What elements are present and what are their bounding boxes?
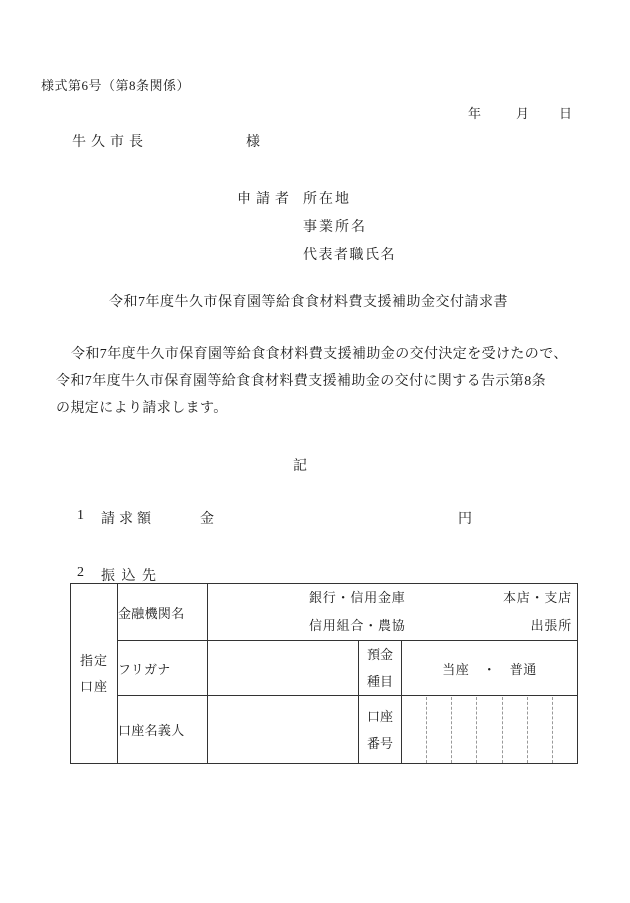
account-holder-input-area[interactable] (208, 696, 359, 764)
body-line: 令和7年度牛久市保育園等給食食材料費支援補助金の交付に関する告示第8条 (56, 368, 596, 395)
branch-type-options-line1: 本店・支店 (503, 584, 572, 612)
bank-account-table: 指定 口座 金融機関名 銀行・信用金庫 本店・支店 信用組合・農協 出張所 フリ… (70, 583, 578, 764)
date-month-label: 月 (516, 103, 529, 122)
item2-number: 2 (77, 565, 84, 581)
account-number-cell[interactable] (527, 697, 552, 763)
document-title: 令和7年度牛久市保育園等給食食材料費支援補助金交付請求書 (0, 291, 617, 311)
financial-institution-label: 金融機関名 (118, 584, 208, 641)
account-number-cells (402, 696, 578, 764)
account-number-cell[interactable] (402, 697, 426, 763)
date-year-label: 年 (468, 103, 481, 122)
item1-number: 1 (77, 508, 84, 524)
branch-type-options-line2: 出張所 (531, 612, 572, 640)
account-number-grid (402, 697, 577, 763)
account-number-cell[interactable] (426, 697, 451, 763)
applicant-office-label: 事業所名 (303, 216, 367, 236)
account-number-cell[interactable] (451, 697, 476, 763)
bank-branch-options: 銀行・信用金庫 本店・支店 信用組合・農協 出張所 (208, 585, 577, 640)
addressee-honorific: 様 (246, 131, 260, 151)
furigana-input-area[interactable] (208, 641, 359, 696)
applicant-address-label: 所在地 (303, 188, 351, 208)
bank-type-options-line2: 信用組合・農協 (309, 612, 406, 640)
transfer-destination-label: 振込先 (101, 565, 163, 585)
designated-account-header: 指定 口座 (71, 584, 118, 764)
account-holder-label: 口座名義人 (118, 696, 208, 764)
applicant-label: 申請者 (237, 188, 294, 208)
deposit-type-options[interactable]: 当座 ・ 普通 (402, 641, 578, 696)
deposit-type-label: 預金 種目 (359, 641, 402, 696)
claim-amount-label: 請求額 (101, 508, 155, 528)
body-line: の規定により請求します。 (56, 395, 596, 422)
bank-type-options-line1: 銀行・信用金庫 (309, 584, 406, 612)
amount-input-area[interactable] (225, 505, 450, 527)
account-number-label: 口座 番号 (359, 696, 402, 764)
form-number: 様式第6号（第8条関係） (41, 75, 190, 94)
applicant-representative-label: 代表者職氏名 (303, 244, 396, 264)
account-number-cell[interactable] (552, 697, 577, 763)
account-number-cell[interactable] (476, 697, 501, 763)
addressee-name: 牛久市長 (72, 131, 148, 151)
furigana-label: フリガナ (118, 641, 208, 696)
account-number-cell[interactable] (502, 697, 527, 763)
amount-prefix-label: 金 (200, 508, 214, 528)
date-day-label: 日 (559, 103, 572, 122)
body-line: 令和7年度牛久市保育園等給食食材料費支援補助金の交付決定を受けたので、 (56, 341, 596, 368)
financial-institution-cell[interactable]: 銀行・信用金庫 本店・支店 信用組合・農協 出張所 (208, 584, 578, 641)
amount-suffix-label: 円 (458, 508, 472, 528)
body-paragraph: 令和7年度牛久市保育園等給食食材料費支援補助金の交付決定を受けたので、 令和7年… (56, 341, 596, 422)
note-heading: 記 (0, 455, 600, 475)
